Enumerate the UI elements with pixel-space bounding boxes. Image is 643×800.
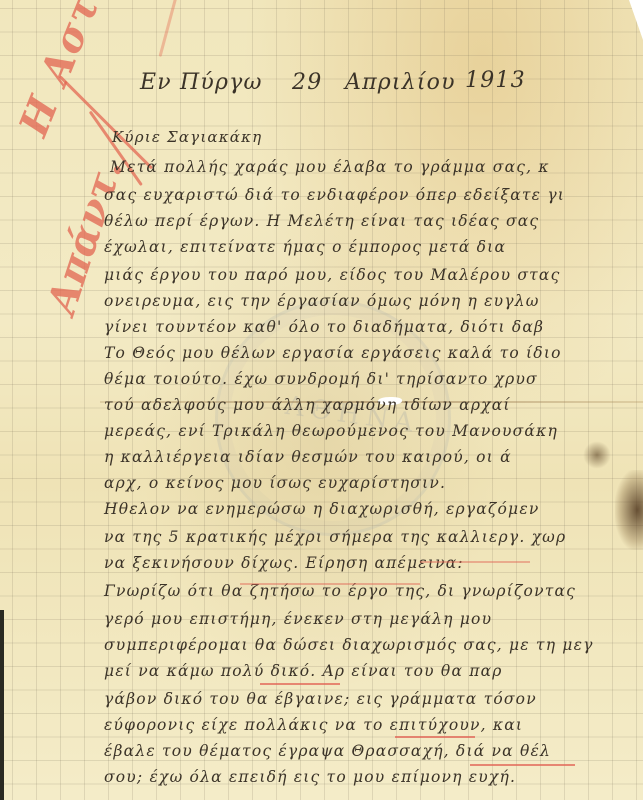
torn-corner	[629, 0, 643, 40]
letter-line: να της 5 κρατικής μέχρι σήμερα της καλλι…	[104, 528, 566, 546]
letter-line: συμπεριφέρομαι θα δώσει διαχωρισμός σας,…	[104, 636, 594, 654]
letter-line: μεί να κάμω πολύ δικό. Αρ είναι του θα π…	[104, 662, 503, 680]
red-underline	[260, 683, 340, 685]
letter-year: 1913	[465, 68, 526, 93]
letter-line: τού αδελφούς μου άλλη χαρμόνη ιδίων αρχα…	[104, 396, 511, 414]
letter-line: έβαλε του θέματος έγραψα Θρασσαχή, διά ν…	[104, 742, 551, 760]
letter-salutation: Κύριε Σαγιακάκη	[112, 128, 262, 146]
letter-line: ονειρευμα, εις την έργασίαν όμως μόνη η …	[104, 292, 540, 310]
letter-line: Ηθελον να ενημερώσω η διαχωρισθή, εργαζό…	[104, 500, 539, 518]
letter-line: σου; έχω όλα επειδή εις το μου επίμονη ε…	[104, 768, 516, 786]
red-underline	[395, 736, 475, 738]
letter-line: γίνει τουντέον καθ' όλο το διαδήματα, δι…	[104, 318, 544, 336]
letter-place: Εν Πύργω	[140, 70, 263, 95]
letter-line: αρχ, ο κείνος μου ίσως ευχαρίστησιν.	[104, 474, 446, 492]
red-underline	[470, 764, 575, 766]
letter-line: θέμα τοιούτο. έχω συνδρομή δι' τηρίσαντο…	[104, 370, 538, 388]
letter-line: Το Θεός μου θέλων εργασία εργάσεις καλά …	[104, 344, 562, 362]
scan-edge	[0, 610, 4, 800]
ink-stain	[615, 470, 643, 550]
letter-line: η καλλιέργεια ιδίαν θεσμών του καιρού, ο…	[104, 448, 512, 466]
letter-month: Απριλίου	[345, 70, 456, 95]
letter-line: θέλω περί έργων. Η Μελέτη είναι τας ιδέα…	[104, 212, 539, 230]
letter-line: μερεάς, ενί Τρικάλη θεωρούμενος του Μανο…	[104, 422, 558, 440]
letter-line: σας ευχαριστώ διά το ενδιαφέρον όπερ εδε…	[104, 186, 565, 204]
letter-line: εύφορονις είχε πολλάκις να το επιτύχουν,…	[104, 716, 523, 734]
letter-day: 29	[292, 70, 322, 95]
letter-line: Μετά πολλής χαράς μου έλαβα το γράμμα σα…	[110, 158, 550, 176]
letter-line: μιάς έργου του παρό μου, είδος του Μαλέρ…	[104, 266, 560, 284]
red-underline	[240, 583, 420, 585]
red-underline	[420, 561, 530, 563]
letter-page: ΑΘΗΝΑ Η Αστυν. Απάντ. Εν Πύργω 29 Απριλί…	[0, 0, 643, 800]
letter-line: να ξεκινήσουν δίχως. Είρηση απέμεινα:	[104, 554, 464, 572]
ink-stain-small	[582, 440, 612, 470]
letter-line: έχωλαι, επιτείνατε ήμας ο έμπορος μετά δ…	[104, 238, 506, 256]
letter-line: γάβον δικό του θα έβγαινε; εις γράμματα …	[104, 690, 537, 708]
letter-line: γερό μου επιστήμη, ένεκεν στη μεγάλη μου	[104, 610, 492, 628]
